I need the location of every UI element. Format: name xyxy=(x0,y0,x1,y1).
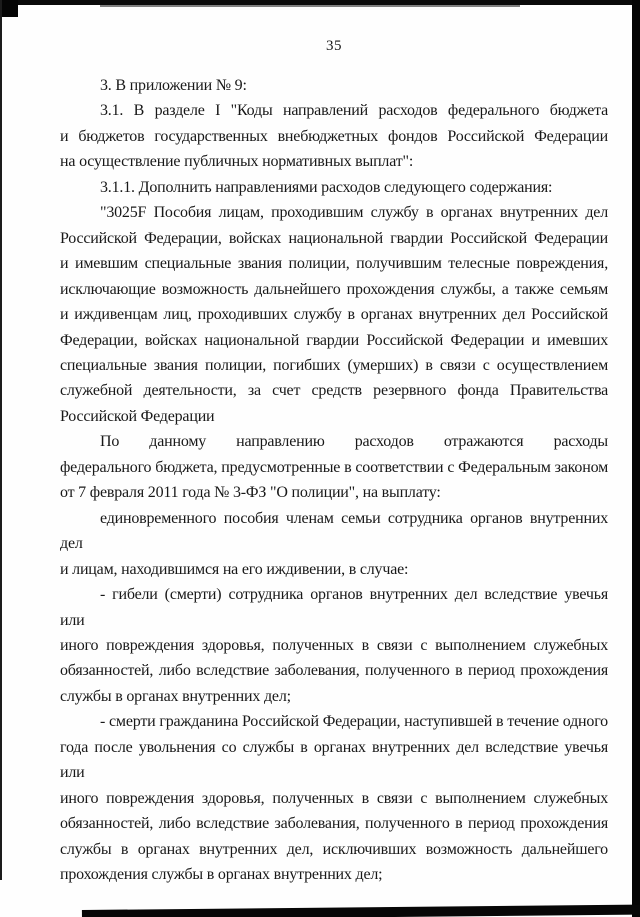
text-line: иного повреждения здоровья, полученных в… xyxy=(60,633,608,658)
text-line: службы в органах внутренних дел, исключи… xyxy=(60,837,608,862)
text-line: и лицам, находившимся на его иждивении, … xyxy=(60,557,608,582)
scan-edge-top-fragment xyxy=(100,5,520,7)
scan-edge-left xyxy=(0,0,2,880)
text-line: Федерации, войсках национальной гвардии … xyxy=(60,328,608,353)
text-line: иного повреждения здоровья, полученных в… xyxy=(60,786,608,811)
text-line: и иждивенцам лиц, проходивших службу в о… xyxy=(60,302,608,327)
scan-edge-bottom xyxy=(82,904,640,917)
text-line: федерального бюджета, предусмотренные в … xyxy=(60,455,608,480)
text-line: исключающие возможность дальнейшего прох… xyxy=(60,277,608,302)
text-line: 3.1.1. Дополнить направлениями расходов … xyxy=(60,175,608,200)
text-line: "3025F Пособия лицам, проходившим службу… xyxy=(60,200,608,225)
text-line: Российской Федерации, войсках национальн… xyxy=(60,226,608,251)
text-line: от 7 февраля 2011 года № 3-ФЗ "О полиции… xyxy=(60,480,608,505)
document-page: 35 3. В приложении № 9:3.1. В разделе I … xyxy=(0,0,640,917)
text-line: и бюджетов государственных внебюджетных … xyxy=(60,124,608,149)
text-line: прохождения службы в органах внутренних … xyxy=(60,862,608,887)
text-line: 3.1. В разделе I "Коды направлений расхо… xyxy=(60,98,608,123)
page-content: 35 3. В приложении № 9:3.1. В разделе I … xyxy=(60,36,608,888)
text-line: - гибели (смерти) сотрудника органов вну… xyxy=(60,582,608,633)
text-line: обязанностей, либо вследствие заболевани… xyxy=(60,811,608,836)
text-line: По данному направлению расходов отражают… xyxy=(60,429,608,454)
text-line: 3. В приложении № 9: xyxy=(60,73,608,98)
text-line: и имевшим специальные звания полиции, по… xyxy=(60,251,608,276)
scan-edge-right xyxy=(632,0,640,917)
text-line: обязанностей, либо вследствие заболевани… xyxy=(60,658,608,683)
page-number: 35 xyxy=(60,36,608,56)
text-line: на осуществление публичных нормативных в… xyxy=(60,149,608,174)
text-line: службы в органах внутренних дел; xyxy=(60,684,608,709)
text-line: Российской Федерации xyxy=(60,404,608,429)
text-body: 3. В приложении № 9:3.1. В разделе I "Ко… xyxy=(60,73,608,888)
text-line: единовременного пособия членам семьи сот… xyxy=(60,506,608,557)
scan-corner-top-left xyxy=(0,0,18,17)
text-line: - смерти гражданина Российской Федерации… xyxy=(60,709,608,734)
text-line: служебной деятельности, за счет средств … xyxy=(60,378,608,403)
text-line: года после увольнения со службы в органа… xyxy=(60,735,608,786)
text-line: специальные звания полиции, погибших (ум… xyxy=(60,353,608,378)
